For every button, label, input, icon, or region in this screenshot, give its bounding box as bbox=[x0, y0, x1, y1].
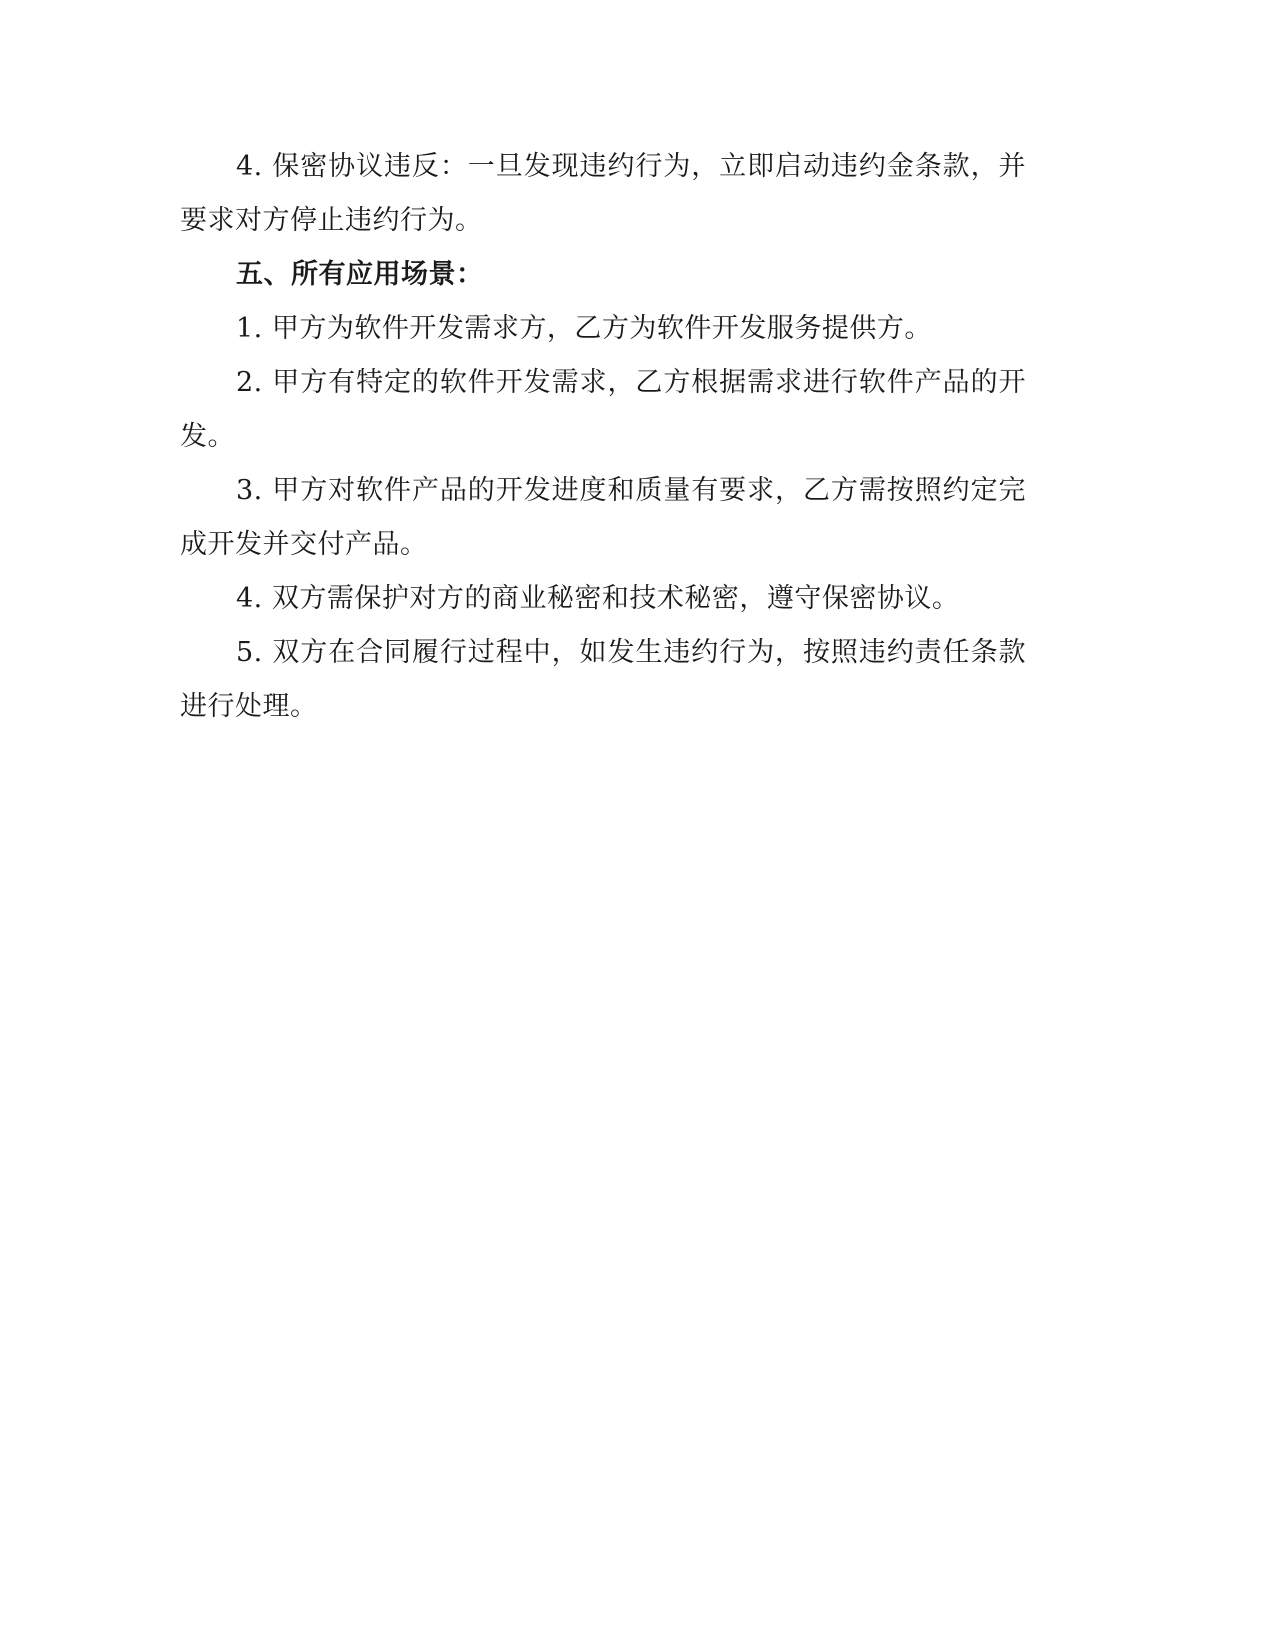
section-heading: 五、所有应用场景： bbox=[180, 248, 1026, 302]
scenario-item: 2. 甲方有特定的软件开发需求，乙方根据需求进行软件产品的开发。 bbox=[180, 356, 1026, 464]
document-page: 4. 保密协议违反：一旦发现违约行为，立即启动违约金条款，并要求对方停止违约行为… bbox=[180, 140, 1026, 734]
scenario-item: 3. 甲方对软件产品的开发进度和质量有要求，乙方需按照约定完成开发并交付产品。 bbox=[180, 464, 1026, 572]
scenario-item: 5. 双方在合同履行过程中，如发生违约行为，按照违约责任条款进行处理。 bbox=[180, 626, 1026, 734]
scenario-item: 4. 双方需保护对方的商业秘密和技术秘密，遵守保密协议。 bbox=[180, 572, 1026, 626]
scenario-item: 1. 甲方为软件开发需求方，乙方为软件开发服务提供方。 bbox=[180, 302, 1026, 356]
paragraph-breach-confidentiality: 4. 保密协议违反：一旦发现违约行为，立即启动违约金条款，并要求对方停止违约行为… bbox=[180, 140, 1026, 248]
